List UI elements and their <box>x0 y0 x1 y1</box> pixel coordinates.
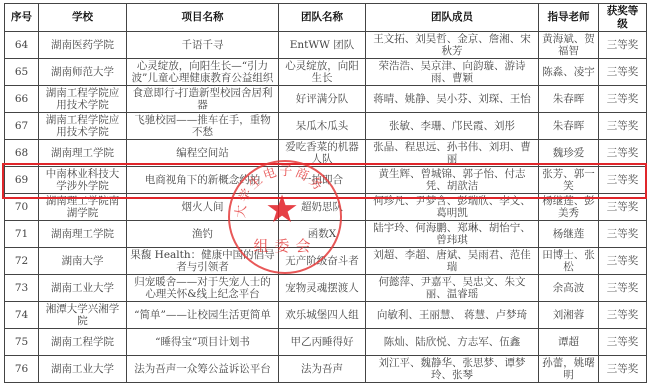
cell-project: 归宠暖舍——对于失宠人士的心理关怀&线上纪念平台 <box>127 275 279 302</box>
cell-team: 超奶思队 <box>279 194 366 221</box>
cell-seq: 73 <box>5 275 39 302</box>
cell-school: 中南林业科技大学涉外学院 <box>39 167 127 194</box>
cell-members: 张敏、李珊、邝民霞、刘彤 <box>366 113 539 140</box>
table-row: 64 湖南医药学院 千语千寻 EntWW 团队 王文拓、刘昊哲、金京、詹湘、宋秋… <box>5 32 647 59</box>
cell-seq: 75 <box>5 329 39 356</box>
award-results-table: 序号 学校 项目名称 团队名称 团队成员 指导老师 获奖等级 64 湖南医药学院… <box>4 3 647 383</box>
cell-school: 湖南工程学院应用技术学院 <box>39 113 127 140</box>
table-row: 71 湖南理工学院 渔钓 函数X 陆宇玲、何海鹏、郑琳、胡怡宁、曾玮琪 杨继莲 … <box>5 221 647 248</box>
cell-project: 电商视角下的新概念约拍 <box>127 167 279 194</box>
cell-project: 编程空间站 <box>127 140 279 167</box>
cell-seq: 68 <box>5 140 39 167</box>
cell-award: 三等奖 <box>599 194 647 221</box>
cell-project: 果馥 Health：健康中国的倡导者与引领者 <box>127 248 279 275</box>
cell-seq: 64 <box>5 32 39 59</box>
cell-project: 飞驰校园——推车在手，重物不愁 <box>127 113 279 140</box>
table-row: 75 湖南工程学院 “睡得宝”项目计划书 甲乙丙睡得好 陈灿、陆欣悦、方志军、伍… <box>5 329 647 356</box>
cell-teacher: 刘湘蓉 <box>539 302 599 329</box>
cell-team: 欢乐城堡四人组 <box>279 302 366 329</box>
cell-members: 黄生辉、曾城锦、郭子怡、付志凭、胡歆洁 <box>366 167 539 194</box>
cell-project: 渔钓 <box>127 221 279 248</box>
header-team: 团队名称 <box>279 4 366 32</box>
cell-members: 蒋晴、姚静、吴小芬、刘琛、王怡 <box>366 86 539 113</box>
cell-award: 三等奖 <box>599 59 647 86</box>
cell-members: 何珍凡、尹梦含、彭瑞欣、李文、葛明凯 <box>366 194 539 221</box>
cell-teacher: 陈淼、凌宇 <box>539 59 599 86</box>
cell-team: 呆瓜木瓜头 <box>279 113 366 140</box>
cell-seq: 66 <box>5 86 39 113</box>
cell-members: 张晶、程思远、孙书伟、刘玥、曹丽 <box>366 140 539 167</box>
cell-members: 刘江平、魏静华、张思梦、谭梦玲、张琴 <box>366 356 539 383</box>
cell-award: 三等奖 <box>599 32 647 59</box>
cell-award: 三等奖 <box>599 302 647 329</box>
cell-team: 爱吃香菜的机器人队 <box>279 140 366 167</box>
table-row: 72 湖南大学 果馥 Health：健康中国的倡导者与引领者 无产阶级奋斗者 刘… <box>5 248 647 275</box>
cell-team: EntWW 团队 <box>279 32 366 59</box>
cell-school: 湖南工程学院应用技术学院 <box>39 86 127 113</box>
cell-teacher: 田博士、张松 <box>539 248 599 275</box>
cell-school: 湖南工程学院 <box>39 329 127 356</box>
cell-award: 三等奖 <box>599 248 647 275</box>
cell-school: 湘潭大学兴湘学院 <box>39 302 127 329</box>
header-project: 项目名称 <box>127 4 279 32</box>
table-row: 68 湖南理工学院 编程空间站 爱吃香菜的机器人队 张晶、程思远、孙书伟、刘玥、… <box>5 140 647 167</box>
cell-school: 湖南工业大学 <box>39 356 127 383</box>
cell-team: 心灵绽放，向阳生长 <box>279 59 366 86</box>
cell-team: 函数X <box>279 221 366 248</box>
cell-team: 无产阶级奋斗者 <box>279 248 366 275</box>
cell-team: 好评满分队 <box>279 86 366 113</box>
table-row: 76 湖南工业大学 法为吾声一众筹公益诉讼平台 法为吾声 刘江平、魏静华、张思梦… <box>5 356 647 383</box>
cell-school: 湖南理工学院 <box>39 221 127 248</box>
cell-seq: 69 <box>5 167 39 194</box>
cell-teacher: 谭超 <box>539 329 599 356</box>
cell-project: 烟火人间 <box>127 194 279 221</box>
cell-teacher: 杨继莲 <box>539 221 599 248</box>
cell-award: 三等奖 <box>599 275 647 302</box>
cell-award: 三等奖 <box>599 356 647 383</box>
table-row: 67 湖南工程学院应用技术学院 飞驰校园——推车在手，重物不愁 呆瓜木瓜头 张敏… <box>5 113 647 140</box>
cell-school: 湖南医药学院 <box>39 32 127 59</box>
cell-school: 湖南理工学院 <box>39 140 127 167</box>
cell-seq: 72 <box>5 248 39 275</box>
cell-teacher: 朱春晖 <box>539 86 599 113</box>
cell-project: 心灵绽放，向阳生长—“引力波”儿童心理健康教育公益组织 <box>127 59 279 86</box>
header-award: 获奖等级 <box>599 4 647 32</box>
cell-award: 三等奖 <box>599 113 647 140</box>
cell-team: 甲乙丙睡得好 <box>279 329 366 356</box>
cell-project: 食意即行-打造新型校园舍居利器 <box>127 86 279 113</box>
cell-award: 三等奖 <box>599 86 647 113</box>
cell-school: 湖南理工学院南湖学院 <box>39 194 127 221</box>
table-row: 66 湖南工程学院应用技术学院 食意即行-打造新型校园舍居利器 好评满分队 蒋晴… <box>5 86 647 113</box>
cell-award: 三等奖 <box>599 221 647 248</box>
cell-seq: 67 <box>5 113 39 140</box>
cell-members: 向敏利、王丽慧、 蒋慧、卢梦琦 <box>366 302 539 329</box>
cell-seq: 74 <box>5 302 39 329</box>
cell-members: 荣浩浩、吴京津、向韵璇、游诗雨、曹颖 <box>366 59 539 86</box>
cell-project: “简单”——让校园生活更简单 <box>127 302 279 329</box>
cell-award: 三等奖 <box>599 140 647 167</box>
cell-members: 何懿萍、尹嘉平、吴忠文、朱文丽、温睿瑶 <box>366 275 539 302</box>
cell-teacher: 朱春晖 <box>539 113 599 140</box>
cell-members: 陈灿、陆欣悦、方志军、伍鑫 <box>366 329 539 356</box>
cell-team: 宠物灵魂摆渡人 <box>279 275 366 302</box>
cell-teacher: 张芳、郭一笑 <box>539 167 599 194</box>
cell-award: 三等奖 <box>599 329 647 356</box>
cell-members: 陆宇玲、何海鹏、郑琳、胡怡宁、曾玮琪 <box>366 221 539 248</box>
cell-seq: 71 <box>5 221 39 248</box>
cell-seq: 76 <box>5 356 39 383</box>
cell-teacher: 黄海斌、贺福智 <box>539 32 599 59</box>
cell-school: 湖南工业大学 <box>39 275 127 302</box>
cell-school: 湖南师范大学 <box>39 59 127 86</box>
cell-members: 刘超、李超、唐斌、吴雨君、范佳瑞 <box>366 248 539 275</box>
table-row-highlighted: 69 中南林业科技大学涉外学院 电商视角下的新概念约拍 一拍即合 黄生辉、曾城锦… <box>5 167 647 194</box>
table-row: 70 湖南理工学院南湖学院 烟火人间 超奶思队 何珍凡、尹梦含、彭瑞欣、李文、葛… <box>5 194 647 221</box>
cell-members: 王文拓、刘昊哲、金京、詹湘、宋秋芳 <box>366 32 539 59</box>
cell-teacher: 孙蕾，姚曙明 <box>539 356 599 383</box>
cell-teacher: 余高波 <box>539 275 599 302</box>
table-header-row: 序号 学校 项目名称 团队名称 团队成员 指导老师 获奖等级 <box>5 4 647 32</box>
cell-award: 三等奖 <box>599 167 647 194</box>
table-row: 65 湖南师范大学 心灵绽放，向阳生长—“引力波”儿童心理健康教育公益组织 心灵… <box>5 59 647 86</box>
cell-team: 一拍即合 <box>279 167 366 194</box>
header-seq: 序号 <box>5 4 39 32</box>
header-school: 学校 <box>39 4 127 32</box>
cell-project: 千语千寻 <box>127 32 279 59</box>
cell-project: “睡得宝”项目计划书 <box>127 329 279 356</box>
cell-teacher: 魏珍爱 <box>539 140 599 167</box>
cell-project: 法为吾声一众筹公益诉讼平台 <box>127 356 279 383</box>
table-row: 73 湖南工业大学 归宠暖舍——对于失宠人士的心理关怀&线上纪念平台 宠物灵魂摆… <box>5 275 647 302</box>
cell-team: 法为吾声 <box>279 356 366 383</box>
header-members: 团队成员 <box>366 4 539 32</box>
cell-school: 湖南大学 <box>39 248 127 275</box>
cell-teacher: 杨继莲、彭美秀 <box>539 194 599 221</box>
cell-seq: 65 <box>5 59 39 86</box>
header-teacher: 指导老师 <box>539 4 599 32</box>
table-row: 74 湘潭大学兴湘学院 “简单”——让校园生活更简单 欢乐城堡四人组 向敏利、王… <box>5 302 647 329</box>
cell-seq: 70 <box>5 194 39 221</box>
